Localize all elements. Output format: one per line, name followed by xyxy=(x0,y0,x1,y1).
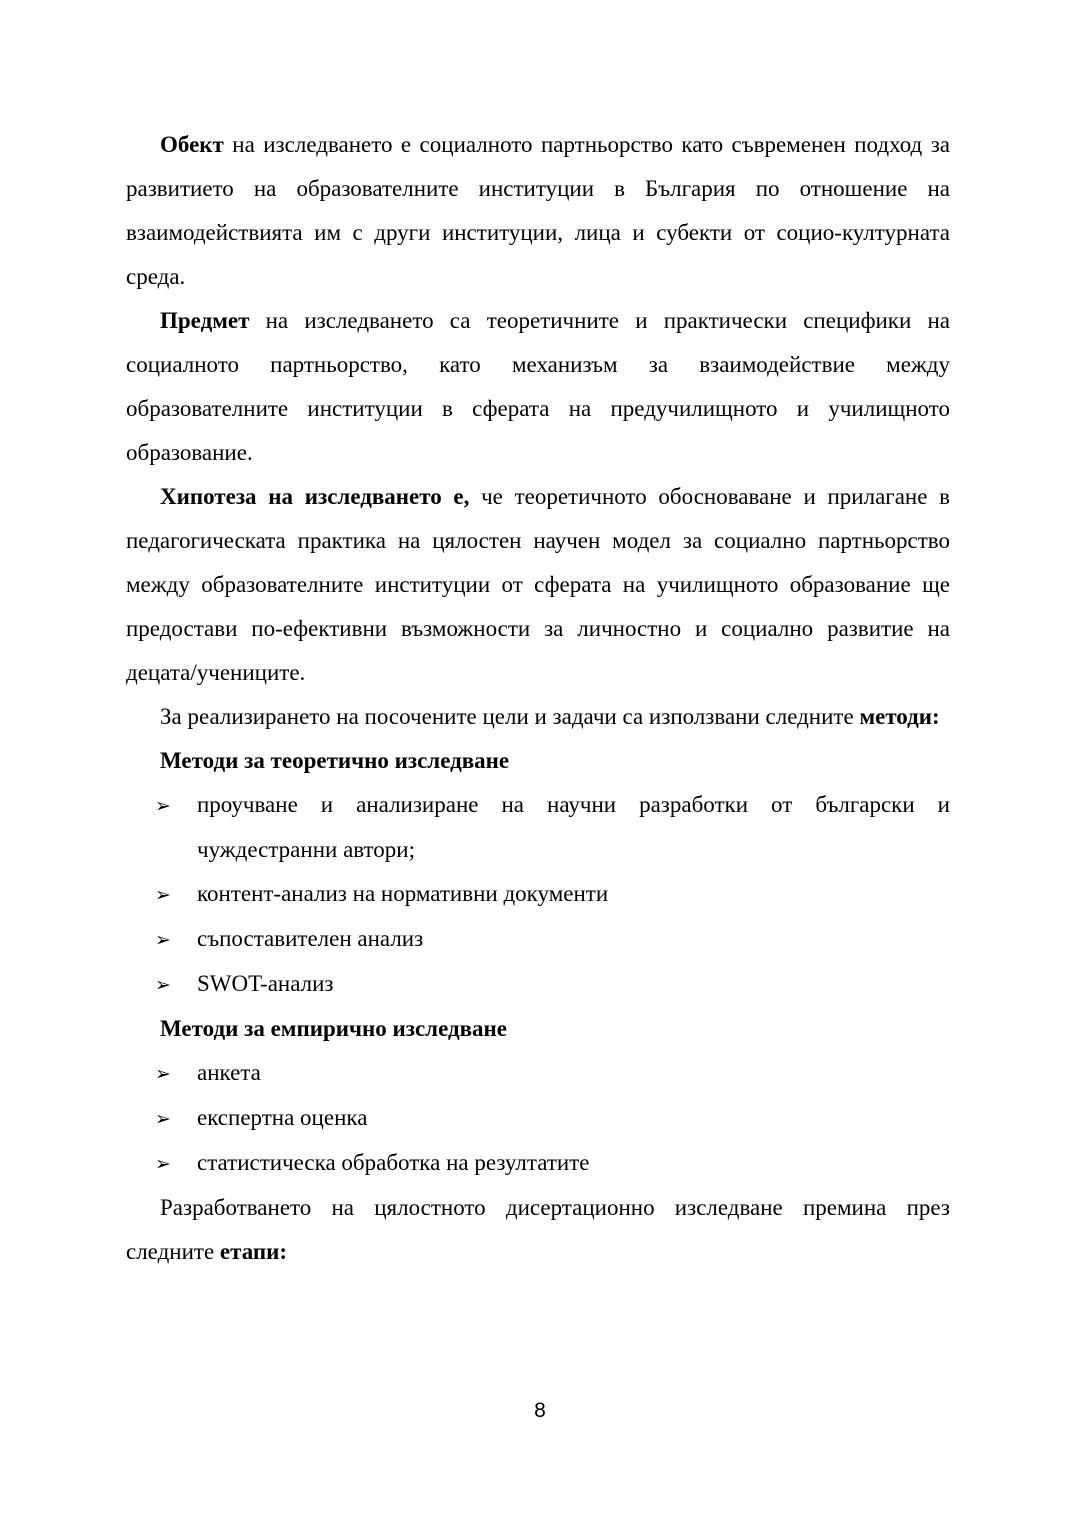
list-item-statistical-processing: ➢статистическа обработка на резултатите xyxy=(126,1141,950,1186)
bold-run: етапи: xyxy=(220,1239,287,1264)
arrow-bullet-icon: ➢ xyxy=(155,1097,197,1141)
list-item-text: анкета xyxy=(197,1060,261,1085)
list-item-study-analysis: ➢проучване и анализиране на научни разра… xyxy=(126,783,950,872)
text-run: на изследването са теоретичните и практи… xyxy=(126,308,950,465)
list-item-text: контент-анализ на нормативни документи xyxy=(197,881,608,906)
arrow-bullet-icon: ➢ xyxy=(155,873,197,917)
bold-run: методи: xyxy=(859,704,939,729)
bold-run: Хипотеза на изследването е, xyxy=(160,484,469,509)
text-run: За реализирането на посочените цели и за… xyxy=(160,704,859,729)
list-item-text: съпоставителен анализ xyxy=(197,926,423,951)
arrow-bullet-icon: ➢ xyxy=(155,1052,197,1096)
list-item-comparative-analysis: ➢съпоставителен анализ xyxy=(126,917,950,962)
arrow-bullet-icon: ➢ xyxy=(155,784,197,828)
heading-empirical-methods: Методи за емпирично изследване xyxy=(126,1007,950,1051)
paragraph-subject-of-study: Предмет на изследването са теоретичните … xyxy=(126,299,950,475)
list-item-survey: ➢анкета xyxy=(126,1051,950,1096)
list-item-swot-analysis: ➢SWOT-анализ xyxy=(126,962,950,1007)
paragraph-methods-intro: За реализирането на посочените цели и за… xyxy=(126,695,950,739)
arrow-bullet-icon: ➢ xyxy=(155,963,197,1007)
paragraph-hypothesis: Хипотеза на изследването е, че теоретичн… xyxy=(126,475,950,695)
bold-run: Обект xyxy=(160,132,224,157)
paragraph-stages-intro: Разработването на цялостното дисертацион… xyxy=(126,1186,950,1274)
paragraph-object-of-study: Обект на изследването е социалното партн… xyxy=(126,123,950,299)
document-page: Обект на изследването е социалното партн… xyxy=(0,0,1080,1527)
list-item-expert-evaluation: ➢експертна оценка xyxy=(126,1096,950,1141)
list-item-content-analysis: ➢контент-анализ на нормативни документи xyxy=(126,872,950,917)
list-item-text: статистическа обработка на резултатите xyxy=(197,1150,589,1175)
list-item-text: SWOT-анализ xyxy=(197,971,334,996)
arrow-bullet-icon: ➢ xyxy=(155,1142,197,1186)
list-item-text: проучване и анализиране на научни разраб… xyxy=(197,792,950,862)
text-run: че теоретичното обосноваване и прилагане… xyxy=(126,484,950,685)
arrow-bullet-icon: ➢ xyxy=(155,918,197,962)
text-run: на изследването е социалното партньорств… xyxy=(126,132,950,289)
list-item-text: експертна оценка xyxy=(197,1105,367,1130)
heading-theoretical-methods: Методи за теоретично изследване xyxy=(126,739,950,783)
page-number: 8 xyxy=(0,1398,1080,1424)
bold-run: Предмет xyxy=(160,308,249,333)
page-content: Обект на изследването е социалното партн… xyxy=(126,123,950,1274)
